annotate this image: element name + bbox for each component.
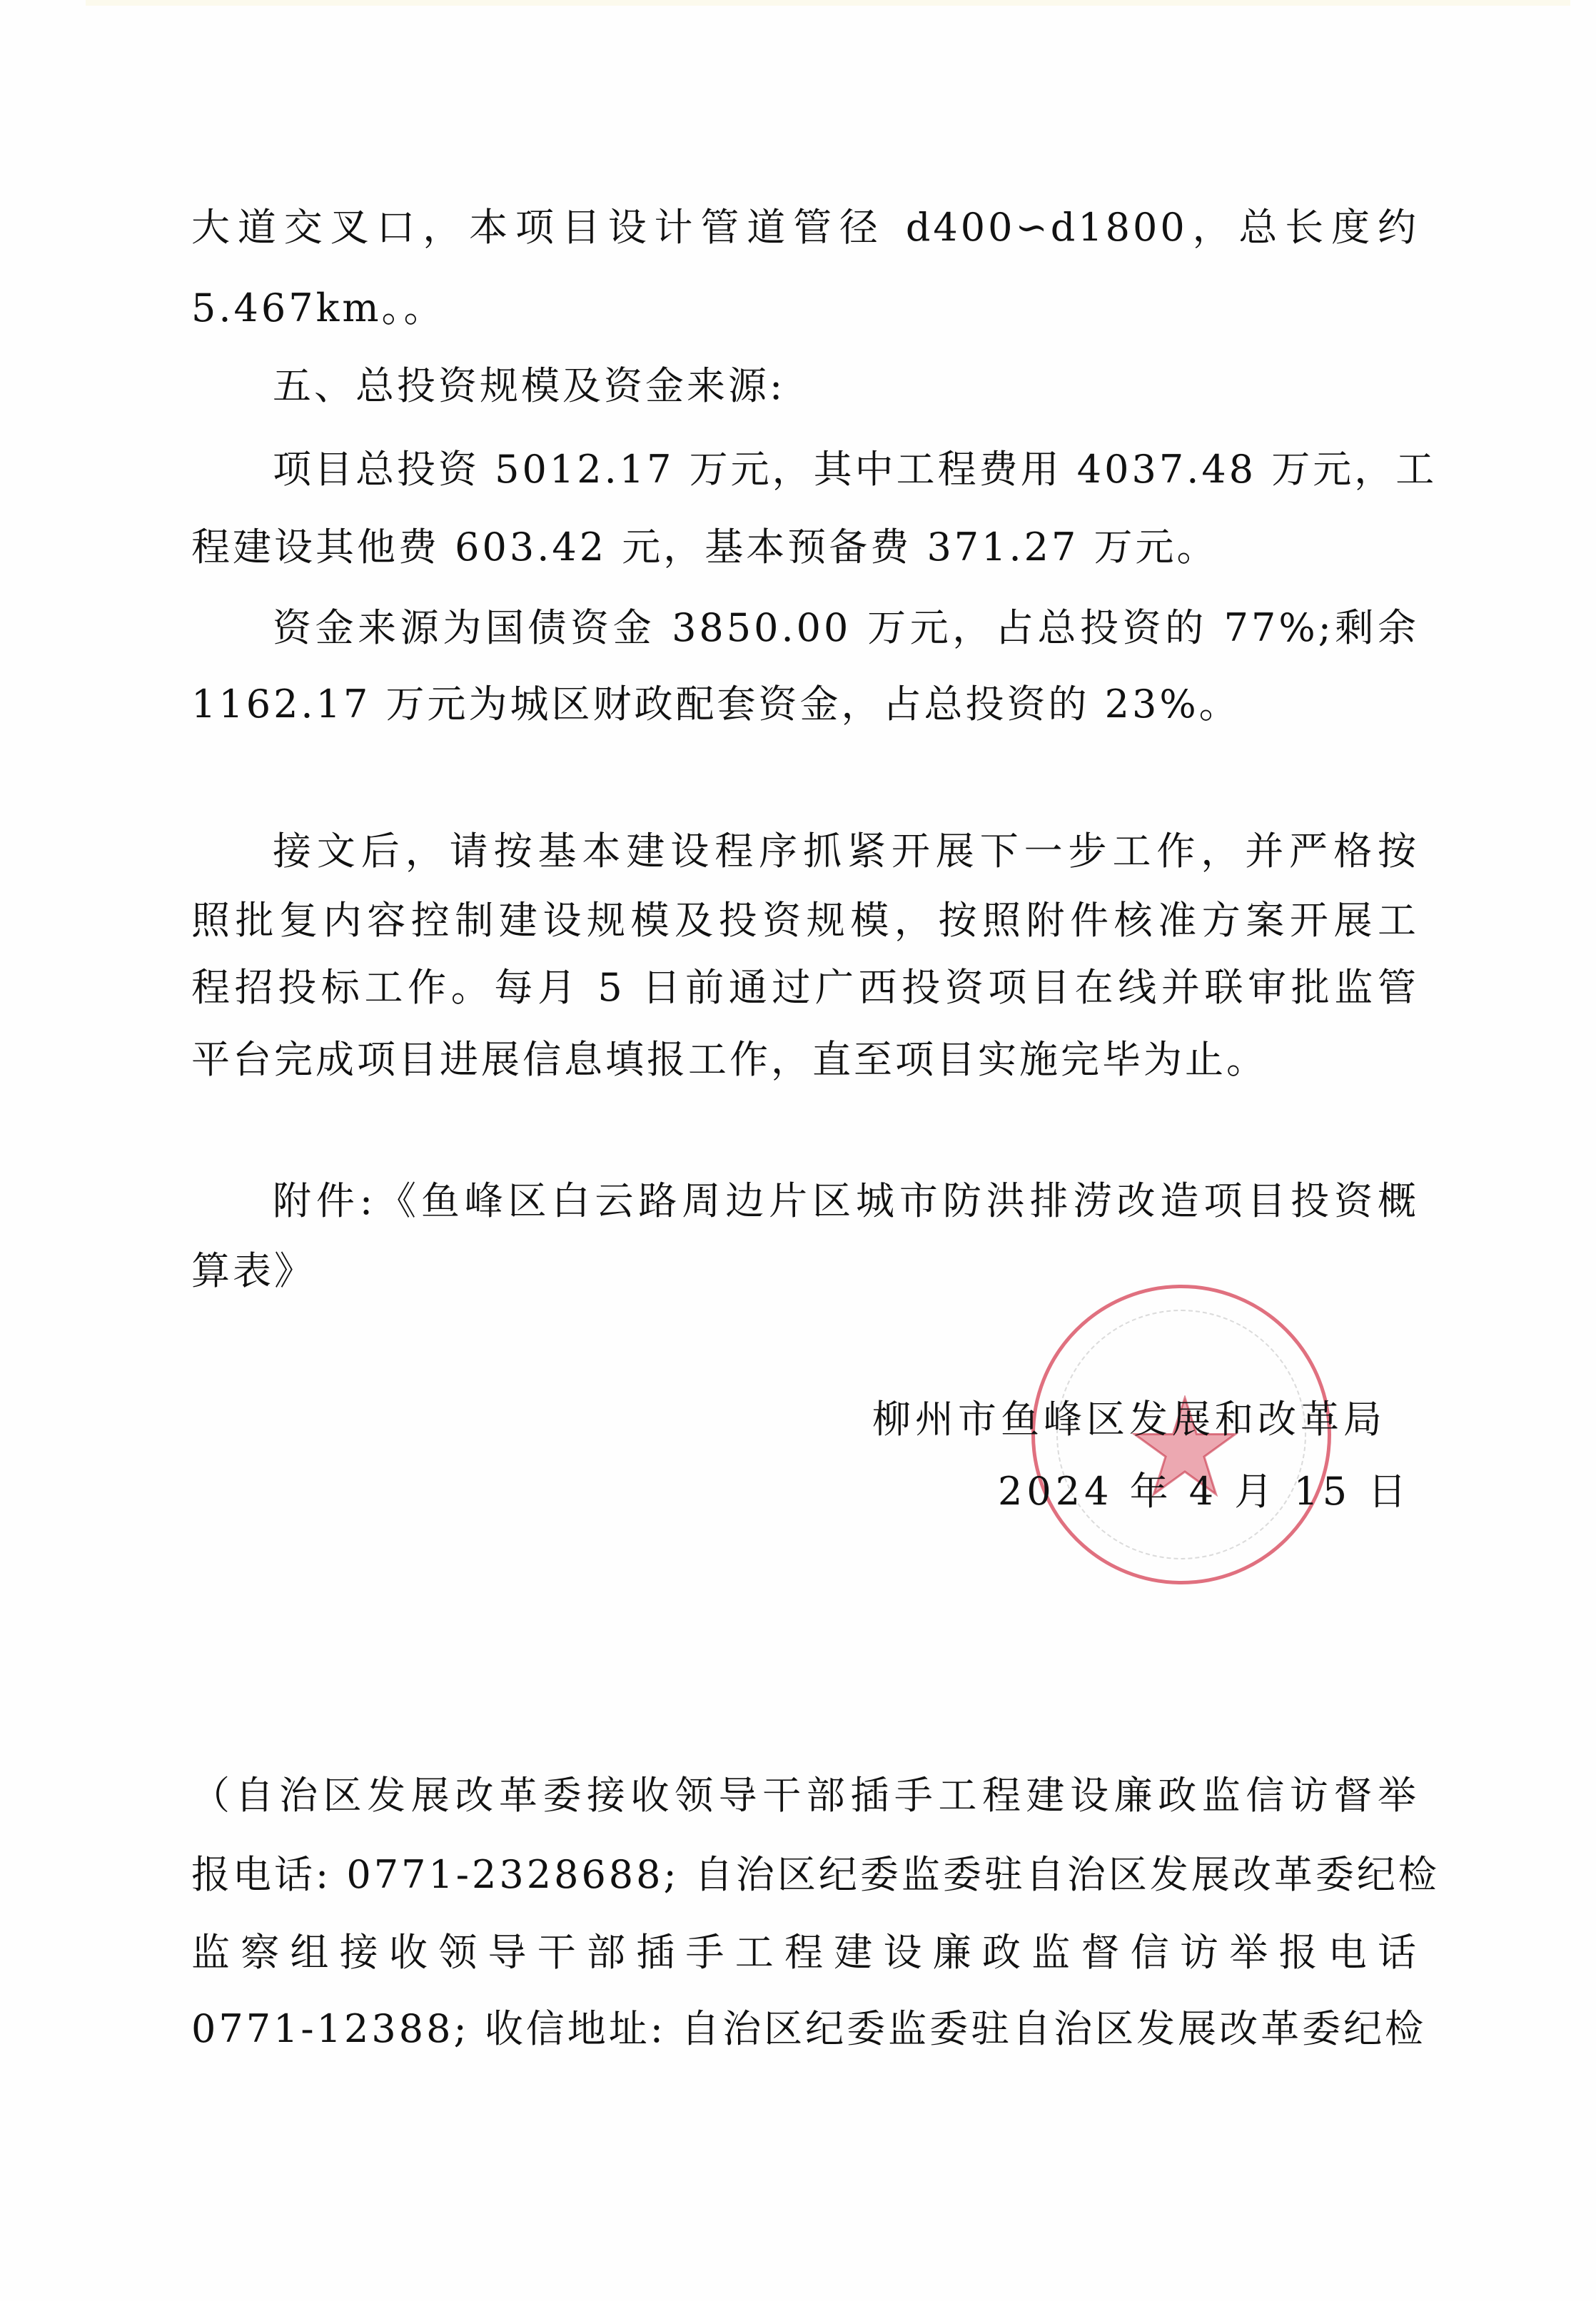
footer-line: （自治区发展改革委接收领导干部插手工程建设廉政监信访督举 xyxy=(191,1770,1419,1821)
section-heading: 五、总投资规模及资金来源: xyxy=(273,360,1419,412)
funding-line: 资金来源为国债资金 3850.00 万元，占总投资的 77%;剩余 xyxy=(273,602,1419,654)
instruction-line: 照批复内容控制建设规模及投资规模，按照附件核准方案开展工 xyxy=(191,895,1419,946)
investment-line: 项目总投资 5012.17 万元，其中工程费用 4037.48 万元，工 xyxy=(273,444,1419,495)
scan-edge xyxy=(86,0,1570,6)
body-line: 5.467km。。 xyxy=(191,283,1419,334)
attachment-line: 附件:《鱼峰区白云路周边片区城市防洪排涝改造项目投资概 xyxy=(273,1175,1419,1227)
footer-line: 监察组接收领导干部插手工程建设廉政监督信访举报电话 xyxy=(191,1927,1419,1978)
body-line: 大道交叉口，本项目设计管道管径 d400∽d1800，总长度约 xyxy=(191,202,1419,253)
document-page: 大道交叉口，本项目设计管道管径 d400∽d1800，总长度约 5.467km。… xyxy=(0,0,1596,2301)
issue-date: 2024 年 4 月 15 日 xyxy=(998,1466,1410,1517)
attachment-line: 算表》 xyxy=(191,1245,1419,1297)
instruction-line: 程招投标工作。每月 5 日前通过广西投资项目在线并联审批监管 xyxy=(191,962,1419,1013)
issuer-name: 柳州市鱼峰区发展和改革局 xyxy=(872,1394,1386,1445)
instruction-line: 接文后，请按基本建设程序抓紧开展下一步工作，并严格按 xyxy=(273,826,1419,877)
footer-line: 报电话: 0771-2328688; 自治区纪委监委驻自治区发展改革委纪检 xyxy=(191,1849,1419,1901)
instruction-line: 平台完成项目进展信息填报工作，直至项目实施完毕为止。 xyxy=(191,1034,1419,1086)
investment-line: 程建设其他费 603.42 元，基本预备费 371.27 万元。 xyxy=(191,522,1419,573)
footer-line: 0771-12388; 收信地址: 自治区纪委监委驻自治区发展改革委纪检 xyxy=(191,2003,1419,2055)
funding-line: 1162.17 万元为城区财政配套资金，占总投资的 23%。 xyxy=(191,679,1419,730)
